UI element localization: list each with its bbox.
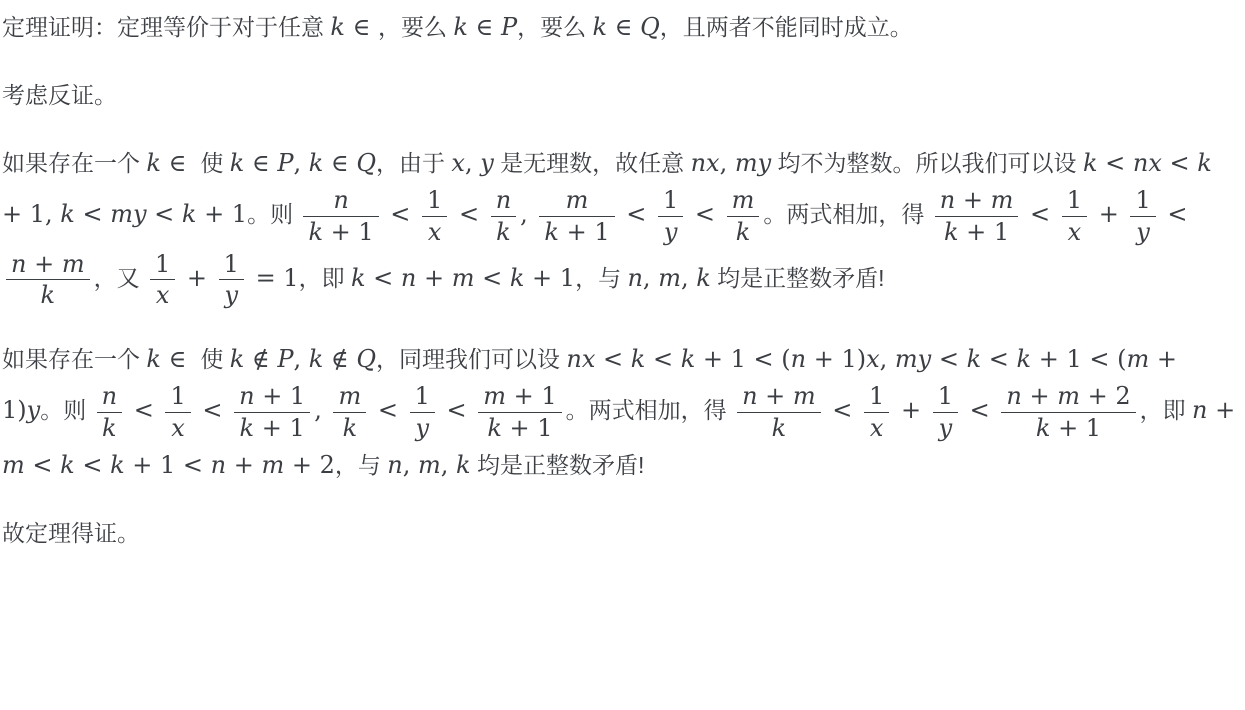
math-run: < xyxy=(126,396,161,424)
math-fraction: 1y xyxy=(658,186,683,246)
text-run: ，即 xyxy=(1140,397,1192,423)
text-run: 均不为整数。所以我们可以设 xyxy=(771,150,1083,176)
proof-paragraph-theorem-equivalence: 定理证明：定理等价于对于任意 k ∈ ，要么 k ∈ P，要么 k ∈ Q，且两… xyxy=(2,6,1239,49)
math-run: < xyxy=(1160,200,1195,228)
math-run: < xyxy=(195,396,230,424)
text-run: 使 xyxy=(194,346,230,372)
text-run: 如果存在一个 xyxy=(2,346,146,372)
fraction-numerator: 1 xyxy=(410,382,435,411)
fraction-denominator: y xyxy=(410,412,435,442)
text-run: ，与 xyxy=(335,452,387,478)
proof-paragraph-contradiction-setup: 考虑反证。 xyxy=(2,75,1239,116)
math-run: k < n + m < k + 1 xyxy=(351,264,575,292)
fraction-denominator: k xyxy=(737,412,821,442)
fraction-numerator: n xyxy=(491,186,516,215)
math-fraction: 1y xyxy=(933,382,958,442)
fraction-numerator: 1 xyxy=(864,382,889,411)
fraction-numerator: m xyxy=(539,186,614,215)
math-run: k ∈ Q xyxy=(592,13,659,41)
math-fraction: nk xyxy=(97,382,122,442)
text-run: ，即 xyxy=(299,265,351,291)
fraction-denominator: k + 1 xyxy=(303,216,378,246)
math-run: + xyxy=(179,264,214,292)
fraction-numerator: n + m + 2 xyxy=(1001,382,1135,411)
fraction-denominator: y xyxy=(933,412,958,442)
fraction-denominator: k xyxy=(6,279,90,309)
fraction-numerator: 1 xyxy=(150,250,175,279)
fraction-denominator: k xyxy=(727,216,760,246)
proof-content: 定理证明：定理等价于对于任意 k ∈ ，要么 k ∈ P，要么 k ∈ Q，且两… xyxy=(0,0,1245,554)
math-fraction: m + 1k + 1 xyxy=(478,382,561,442)
fraction-numerator: 1 xyxy=(1062,186,1087,215)
math-fraction: 1y xyxy=(410,382,435,442)
math-run: k ∉ P, k ∉ Q xyxy=(230,345,376,373)
math-run: k ∈ xyxy=(146,149,194,177)
fraction-numerator: 1 xyxy=(933,382,958,411)
fraction-numerator: 1 xyxy=(219,250,244,279)
text-run: 定理证明：定理等价于对于任意 xyxy=(2,14,330,40)
math-fraction: nk xyxy=(491,186,516,246)
text-run: 考虑反证。 xyxy=(2,82,117,108)
proof-paragraph-conclusion: 故定理得证。 xyxy=(2,513,1239,554)
fraction-numerator: n + m xyxy=(737,382,821,411)
math-run: < xyxy=(383,200,418,228)
fraction-denominator: k xyxy=(333,412,366,442)
math-run: < xyxy=(687,200,722,228)
fraction-numerator: n + m xyxy=(6,250,90,279)
math-fraction: n + m + 2k + 1 xyxy=(1001,382,1135,442)
text-run: ，与 xyxy=(575,265,627,291)
text-run: ，要么 xyxy=(517,14,592,40)
math-run: x, y xyxy=(451,149,493,177)
fraction-numerator: n + 1 xyxy=(234,382,310,411)
text-run: 均是正整数矛盾! xyxy=(471,452,645,478)
math-run: k ∈ xyxy=(146,345,194,373)
text-run: 是无理数，故任意 xyxy=(494,150,691,176)
fraction-numerator: m + 1 xyxy=(478,382,561,411)
math-fraction: 1x xyxy=(864,382,889,442)
fraction-denominator: k + 1 xyxy=(1001,412,1135,442)
text-run: ，由于 xyxy=(376,150,451,176)
text-run: ，要么 xyxy=(378,14,453,40)
text-run: 故定理得证。 xyxy=(2,520,140,546)
fraction-denominator: x xyxy=(165,412,190,442)
proof-paragraph-case-both-in: 如果存在一个 k ∈ 使 k ∈ P, k ∈ Q，由于 x, y 是无理数，故… xyxy=(2,142,1239,312)
math-run: < xyxy=(962,396,997,424)
fraction-denominator: x xyxy=(150,279,175,309)
text-run: ，同理我们可以设 xyxy=(376,346,566,372)
math-fraction: nk + 1 xyxy=(303,186,378,246)
math-run: k ∈ P, k ∈ Q xyxy=(230,149,376,177)
math-run: < xyxy=(370,396,405,424)
fraction-denominator: y xyxy=(1130,216,1155,246)
fraction-denominator: x xyxy=(864,412,889,442)
fraction-numerator: n xyxy=(303,186,378,215)
math-run: k ∈ P xyxy=(453,13,517,41)
fraction-numerator: 1 xyxy=(1130,186,1155,215)
text-run: 如果存在一个 xyxy=(2,150,146,176)
text-run: 。则 xyxy=(40,397,92,423)
math-fraction: 1x xyxy=(165,382,190,442)
math-run: , xyxy=(314,396,329,424)
math-fraction: 1x xyxy=(422,186,447,246)
fraction-numerator: m xyxy=(333,382,366,411)
math-fraction: mk + 1 xyxy=(539,186,614,246)
math-run: < xyxy=(825,396,860,424)
fraction-numerator: m xyxy=(727,186,760,215)
math-fraction: 1x xyxy=(150,250,175,310)
math-fraction: n + mk xyxy=(737,382,821,442)
math-run: < xyxy=(619,200,654,228)
math-run: k ∈ xyxy=(330,13,378,41)
math-run: + xyxy=(893,396,928,424)
text-run: 。两式相加，得 xyxy=(566,397,733,423)
text-run: ，又 xyxy=(94,265,146,291)
text-run: 均是正整数矛盾! xyxy=(711,265,885,291)
math-run: < xyxy=(451,200,486,228)
fraction-denominator: y xyxy=(219,279,244,309)
fraction-numerator: 1 xyxy=(165,382,190,411)
text-run: 。则 xyxy=(247,201,299,227)
fraction-denominator: k + 1 xyxy=(234,412,310,442)
fraction-denominator: k xyxy=(491,216,516,246)
math-run: = 1 xyxy=(248,264,299,292)
math-run: n, m, k xyxy=(387,451,470,479)
math-fraction: 1x xyxy=(1062,186,1087,246)
math-fraction: 1y xyxy=(219,250,244,310)
math-run: n, m, k xyxy=(627,264,710,292)
fraction-denominator: y xyxy=(658,216,683,246)
fraction-denominator: x xyxy=(422,216,447,246)
fraction-denominator: k + 1 xyxy=(539,216,614,246)
math-fraction: mk xyxy=(333,382,366,442)
text-run: 。两式相加，得 xyxy=(763,201,930,227)
math-fraction: n + mk + 1 xyxy=(935,186,1019,246)
math-run: < xyxy=(439,396,474,424)
proof-paragraph-case-both-out: 如果存在一个 k ∈ 使 k ∉ P, k ∉ Q，同理我们可以设 nx < k… xyxy=(2,338,1239,487)
fraction-numerator: n + m xyxy=(935,186,1019,215)
math-run: , xyxy=(520,200,535,228)
math-fraction: 1y xyxy=(1130,186,1155,246)
math-run: < xyxy=(1022,200,1057,228)
fraction-numerator: 1 xyxy=(422,186,447,215)
proof-document: 定理证明：定理等价于对于任意 k ∈ ，要么 k ∈ P，要么 k ∈ Q，且两… xyxy=(0,0,1245,554)
math-fraction: n + mk xyxy=(6,250,90,310)
math-run: + xyxy=(1091,200,1126,228)
fraction-denominator: k + 1 xyxy=(935,216,1019,246)
fraction-denominator: x xyxy=(1062,216,1087,246)
math-fraction: n + 1k + 1 xyxy=(234,382,310,442)
fraction-numerator: 1 xyxy=(658,186,683,215)
text-run: ，且两者不能同时成立。 xyxy=(660,14,913,40)
fraction-denominator: k xyxy=(97,412,122,442)
fraction-denominator: k + 1 xyxy=(478,412,561,442)
math-fraction: mk xyxy=(727,186,760,246)
math-run: nx, my xyxy=(691,149,772,177)
fraction-numerator: n xyxy=(97,382,122,411)
text-run: 使 xyxy=(194,150,230,176)
